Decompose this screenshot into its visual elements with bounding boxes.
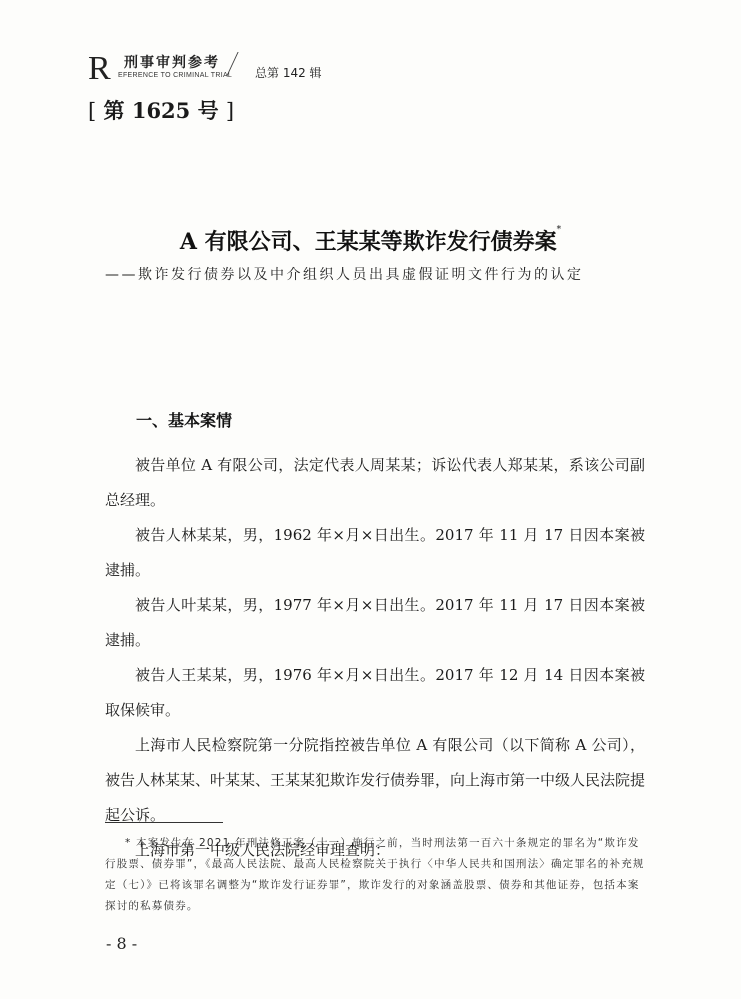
page-number: - 8 - bbox=[106, 934, 137, 953]
header-divider bbox=[226, 52, 239, 76]
journal-title-cn: 刑事审判参考 bbox=[124, 52, 220, 72]
paragraph-defendant-unit: 被告单位 A 有限公司，法定代表人周某某；诉讼代表人郑某某，系该公司副总经理。 bbox=[105, 448, 645, 518]
case-number: [ 第 1625 号 ] bbox=[88, 95, 234, 125]
case-subtitle: ——欺诈发行债券以及中介组织人员出具虚假证明文件行为的认定 bbox=[105, 264, 584, 284]
paragraph-defendant-ye: 被告人叶某某，男，1977 年×月×日出生。2017 年 11 月 17 日因本… bbox=[105, 588, 645, 658]
bracket-open: [ bbox=[88, 99, 96, 123]
paragraph-defendant-wang: 被告人王某某，男，1976 年×月×日出生。2017 年 12 月 14 日因本… bbox=[105, 658, 645, 728]
case-title-text: A 有限公司、王某某等欺诈发行债券案 bbox=[180, 229, 557, 255]
journal-title-en: EFERENCE TO CRIMINAL TRIAL bbox=[118, 72, 232, 79]
paragraph-defendant-lin: 被告人林某某，男，1962 年×月×日出生。2017 年 11 月 17 日因本… bbox=[105, 518, 645, 588]
case-title: A 有限公司、王某某等欺诈发行债券案* bbox=[0, 225, 741, 256]
case-number-label: 第 1625 号 bbox=[104, 98, 219, 123]
issue-number: 总第 142 辑 bbox=[255, 64, 322, 81]
footnote-marker: * bbox=[557, 225, 562, 235]
footnote-divider bbox=[105, 822, 223, 823]
section-heading: 一、基本案情 bbox=[136, 408, 232, 431]
paragraph-prosecution: 上海市人民检察院第一分院指控被告单位 A 有限公司（以下简称 A 公司），被告人… bbox=[105, 728, 645, 833]
bracket-close: ] bbox=[226, 99, 234, 123]
footnote: * 本案发生在 2021 年刑法修正案（十一）施行之前，当时刑法第一百六十条规定… bbox=[105, 833, 645, 917]
body-text: 被告单位 A 有限公司，法定代表人周某某；诉讼代表人郑某某，系该公司副总经理。 … bbox=[105, 448, 645, 868]
footnote-text: * 本案发生在 2021 年刑法修正案（十一）施行之前，当时刑法第一百六十条规定… bbox=[105, 833, 645, 917]
journal-logo-letter: R bbox=[88, 52, 111, 86]
